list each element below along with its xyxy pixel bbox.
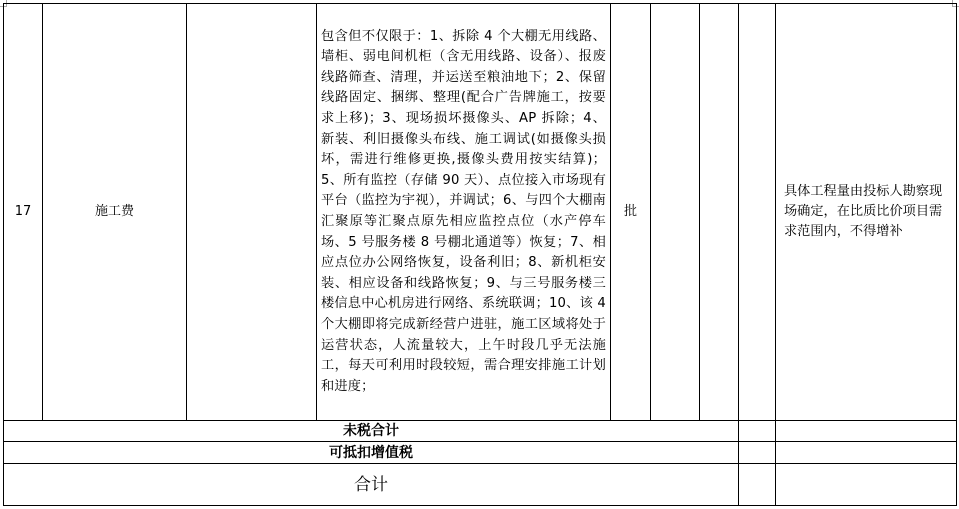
row-index: 17: [4, 4, 43, 421]
row-quantity: [651, 4, 700, 421]
summary-label: 未税合计: [4, 421, 739, 442]
row-spec: [187, 4, 317, 421]
summary-label: 可抵扣增值税: [4, 442, 739, 464]
summary-label: 合计: [4, 464, 739, 506]
row-amount: [739, 4, 776, 421]
row-remark: 具体工程量由投标人勘察现场确定，在比质比价项目需求范围内，不得增补: [776, 4, 957, 421]
summary-remark: [776, 442, 957, 464]
summary-remark: [776, 421, 957, 442]
row-description: 包含但不仅限于：1、拆除 4 个大棚无用线路、墙柜、弱电间机柜（含无用线路、设备…: [317, 4, 611, 421]
row-unit: 批: [611, 4, 651, 421]
summary-value: [739, 464, 776, 506]
summary-row-vat: 可抵扣增值税: [4, 442, 957, 464]
summary-row-total: 合计: [4, 464, 957, 506]
summary-row-pretax: 未税合计: [4, 421, 957, 442]
row-item-name: 施工费: [43, 4, 187, 421]
summary-value: [739, 442, 776, 464]
row-unit-price: [700, 4, 739, 421]
quotation-table: 17 施工费 包含但不仅限于：1、拆除 4 个大棚无用线路、墙柜、弱电间机柜（含…: [3, 3, 957, 506]
summary-value: [739, 421, 776, 442]
summary-remark: [776, 464, 957, 506]
table-row: 17 施工费 包含但不仅限于：1、拆除 4 个大棚无用线路、墙柜、弱电间机柜（含…: [4, 4, 957, 421]
